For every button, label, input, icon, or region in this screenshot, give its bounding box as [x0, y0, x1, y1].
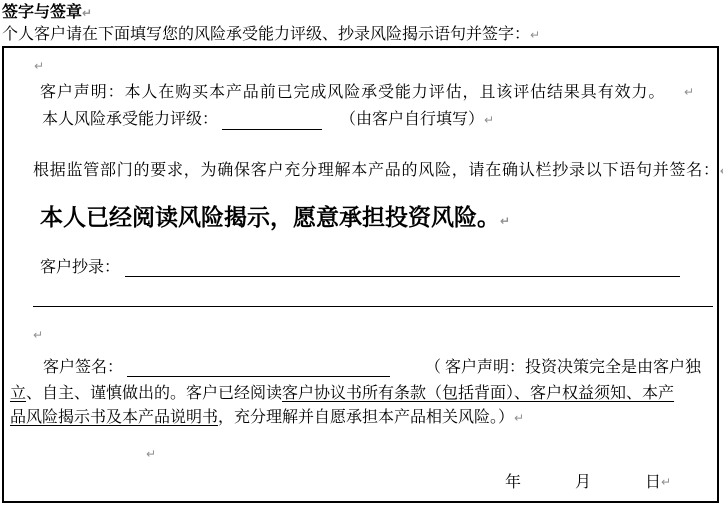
instruction-line: 根据监管部门的要求，为确保客户充分理解本产品的风险，请在确认栏抄录以下语句并签名… — [33, 161, 723, 181]
page-title: 签字与签章↵ — [2, 3, 92, 23]
declaration-line: 客户声明：本人在购买本产品前已完成风险承受能力评估，且该评估结果具有效力。 — [40, 83, 665, 102]
paragraph-mark-icon: ↵ — [33, 328, 43, 342]
paragraph-mark-icon: ↵ — [500, 214, 510, 228]
instruction-text: 根据监管部门的要求，为确保客户充分理解本产品的风险，请在确认栏抄录以下语句并签名… — [33, 162, 720, 179]
month-label: 月 — [575, 473, 591, 492]
paragraph-mark-icon: ↵ — [684, 85, 694, 99]
year-label: 年 — [505, 473, 521, 492]
paragraph-mark-icon: ↵ — [530, 28, 540, 42]
paragraph-mark-icon: ↵ — [661, 475, 671, 489]
copy-blank-field-line2[interactable] — [33, 306, 713, 307]
sign-disclaimer-line2-plain: 、自主、谨慎做出的。客户已经阅读 — [26, 385, 282, 402]
pledge-headline: 本人已经阅读风险揭示，愿意承担投资风险。↵ — [40, 204, 510, 235]
copy-blank-field[interactable] — [125, 261, 680, 277]
intro-text: 个人客户请在下面填写您的风险承受能力评级、抄录风险揭示语句并签字： — [2, 26, 530, 43]
paragraph-mark-icon: ↵ — [34, 59, 44, 73]
paragraph-mark-icon: ↵ — [146, 447, 156, 461]
rating-label: 本人风险承受能力评级： — [42, 111, 218, 128]
pledge-text: 本人已经阅读风险揭示，愿意承担投资风险。 — [40, 205, 500, 230]
paragraph-mark-icon: ↵ — [82, 6, 92, 20]
sign-disclaimer-line2-underlined1: 立 — [10, 385, 26, 402]
copy-label: 客户抄录： — [40, 259, 120, 276]
sign-disclaimer-line3: 品风险揭示书及本产品说明书，充分理解并自愿承担本产品相关风险。）↵ — [10, 408, 524, 428]
intro-line: 个人客户请在下面填写您的风险承受能力评级、抄录风险揭示语句并签字：↵ — [2, 25, 540, 45]
sign-blank-field[interactable] — [127, 361, 390, 377]
sign-label: 客户签名： — [43, 359, 123, 376]
document-page: 签字与签章↵ 个人客户请在下面填写您的风险承受能力评级、抄录风险揭示语句并签字：… — [0, 0, 723, 515]
rating-line: 本人风险承受能力评级：（由客户自行填写）↵ — [42, 110, 494, 130]
paragraph-mark-icon: ↵ — [484, 113, 494, 127]
sign-line: 客户签名：（ 客户声明：投资决策完全是由客户独 — [43, 358, 701, 377]
page-title-text: 签字与签章 — [2, 4, 82, 21]
sign-disclaimer-line2: 立、自主、谨慎做出的。客户已经阅读客户协议书所有条款（包括背面）、客户权益须知、… — [10, 384, 674, 403]
sign-disclaimer-line2-underlined2: 客户协议书所有条款（包括背面）、客户权益须知、本产 — [282, 385, 674, 402]
sign-disclaimer-line3-underlined: 品风险揭示书及本产品说明书 — [10, 409, 218, 426]
sign-disclaimer-line1: （ 客户声明：投资决策完全是由客户独 — [425, 359, 701, 376]
paragraph-mark-icon: ↵ — [514, 411, 524, 425]
sign-disclaimer-line3-plain: ，充分理解并自愿承担本产品相关风险。） — [218, 409, 514, 426]
day-label: 日 — [645, 473, 661, 492]
copy-line: 客户抄录： — [40, 258, 680, 277]
declaration-text: 客户声明：本人在购买本产品前已完成风险承受能力评估，且该评估结果具有效力。 — [40, 84, 665, 101]
rating-blank-field[interactable] — [222, 114, 322, 130]
rating-note: （由客户自行填写） — [340, 111, 484, 128]
